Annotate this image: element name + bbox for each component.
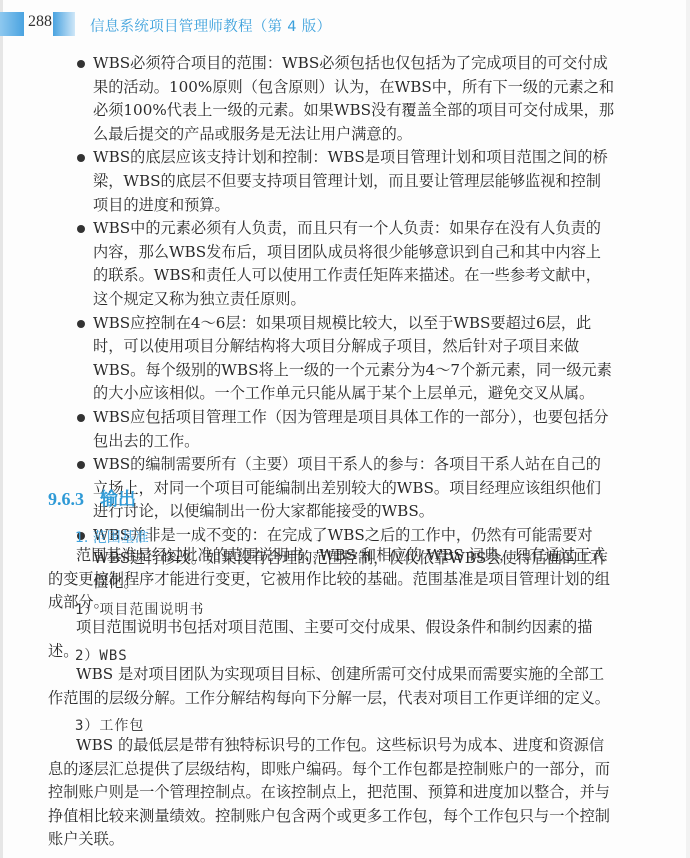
- list-item: WBS的编制需要所有（主要）项目干系人的参与：各项目干系人站在自己的立场上，对同…: [93, 453, 615, 524]
- list-item: WBS必须符合项目的范围：WBS必须包括也仅包括为了完成项目的可交付成果的活动。…: [93, 52, 615, 146]
- list-item-text: WBS的底层应该支持计划和控制：WBS是项目管理计划和项目范围之间的桥梁，WBS…: [93, 148, 608, 213]
- bullet-icon: [77, 225, 85, 233]
- list-item-text: WBS中的元素必须有人负责，而且只有一个人负责：如果存在没有人负责的内容，那么W…: [93, 219, 601, 308]
- bullet-icon: [77, 461, 85, 469]
- list-item-text: WBS应控制在4～6层：如果项目规模比较大，以至于WBS要超过6层，此时，可以使…: [93, 314, 612, 403]
- page-content: WBS必须符合项目的范围：WBS必须包括也仅包括为了完成项目的可交付成果的活动。…: [0, 52, 690, 595]
- section-heading: 9.6.3输出: [48, 485, 136, 511]
- bullet-icon: [77, 154, 85, 162]
- list-item-text: WBS应包括项目管理工作（因为管理是项目具体工作的一部分），也要包括分包出去的工…: [93, 408, 609, 450]
- item-body-wbs: WBS 是对项目团队为实现项目目标、创建所需可交付成果而需要实施的全部工作范围的…: [48, 663, 618, 710]
- list-item-text: WBS必须符合项目的范围：WBS必须包括也仅包括为了完成项目的可交付成果的活动。…: [93, 54, 614, 143]
- bullet-icon: [77, 60, 85, 68]
- item-heading-work-package: 3）工作包: [75, 715, 144, 735]
- list-item: WBS中的元素必须有人负责，而且只有一个人负责：如果存在没有人负责的内容，那么W…: [93, 217, 615, 311]
- bullet-icon: [77, 414, 85, 422]
- list-item-text: WBS的编制需要所有（主要）项目干系人的参与：各项目干系人站在自己的立场上，对同…: [93, 455, 601, 520]
- item-heading-wbs: 2）WBS: [75, 645, 128, 665]
- header-accent-bar-right: [53, 12, 75, 36]
- bullet-icon: [77, 320, 85, 328]
- header-accent-bar-left: [0, 12, 24, 36]
- item-body-work-package: WBS 的最低层是带有独特标识号的工作包。这些标识号为成本、进度和资源信息的逐层…: [48, 734, 618, 852]
- wbs-principles-list: WBS必须符合项目的范围：WBS必须包括也仅包括为了完成项目的可交付成果的活动。…: [0, 52, 690, 595]
- section-title: 输出: [100, 489, 136, 509]
- list-item: WBS的底层应该支持计划和控制：WBS是项目管理计划和项目范围之间的桥梁，WBS…: [93, 146, 615, 217]
- page-number: 288: [28, 13, 52, 31]
- list-item: WBS应包括项目管理工作（因为管理是项目具体工作的一部分），也要包括分包出去的工…: [93, 406, 615, 453]
- book-title: 信息系统项目管理师教程（第 4 版）: [90, 15, 331, 36]
- page-header: 288 信息系统项目管理师教程（第 4 版）: [0, 12, 690, 36]
- section-number: 9.6.3: [48, 489, 84, 509]
- item-body-scope-statement: 项目范围说明书包括对项目范围、主要可交付成果、假设条件和制约因素的描述。: [48, 616, 618, 663]
- list-item: WBS应控制在4～6层：如果项目规模比较大，以至于WBS要超过6层，此时，可以使…: [93, 312, 615, 406]
